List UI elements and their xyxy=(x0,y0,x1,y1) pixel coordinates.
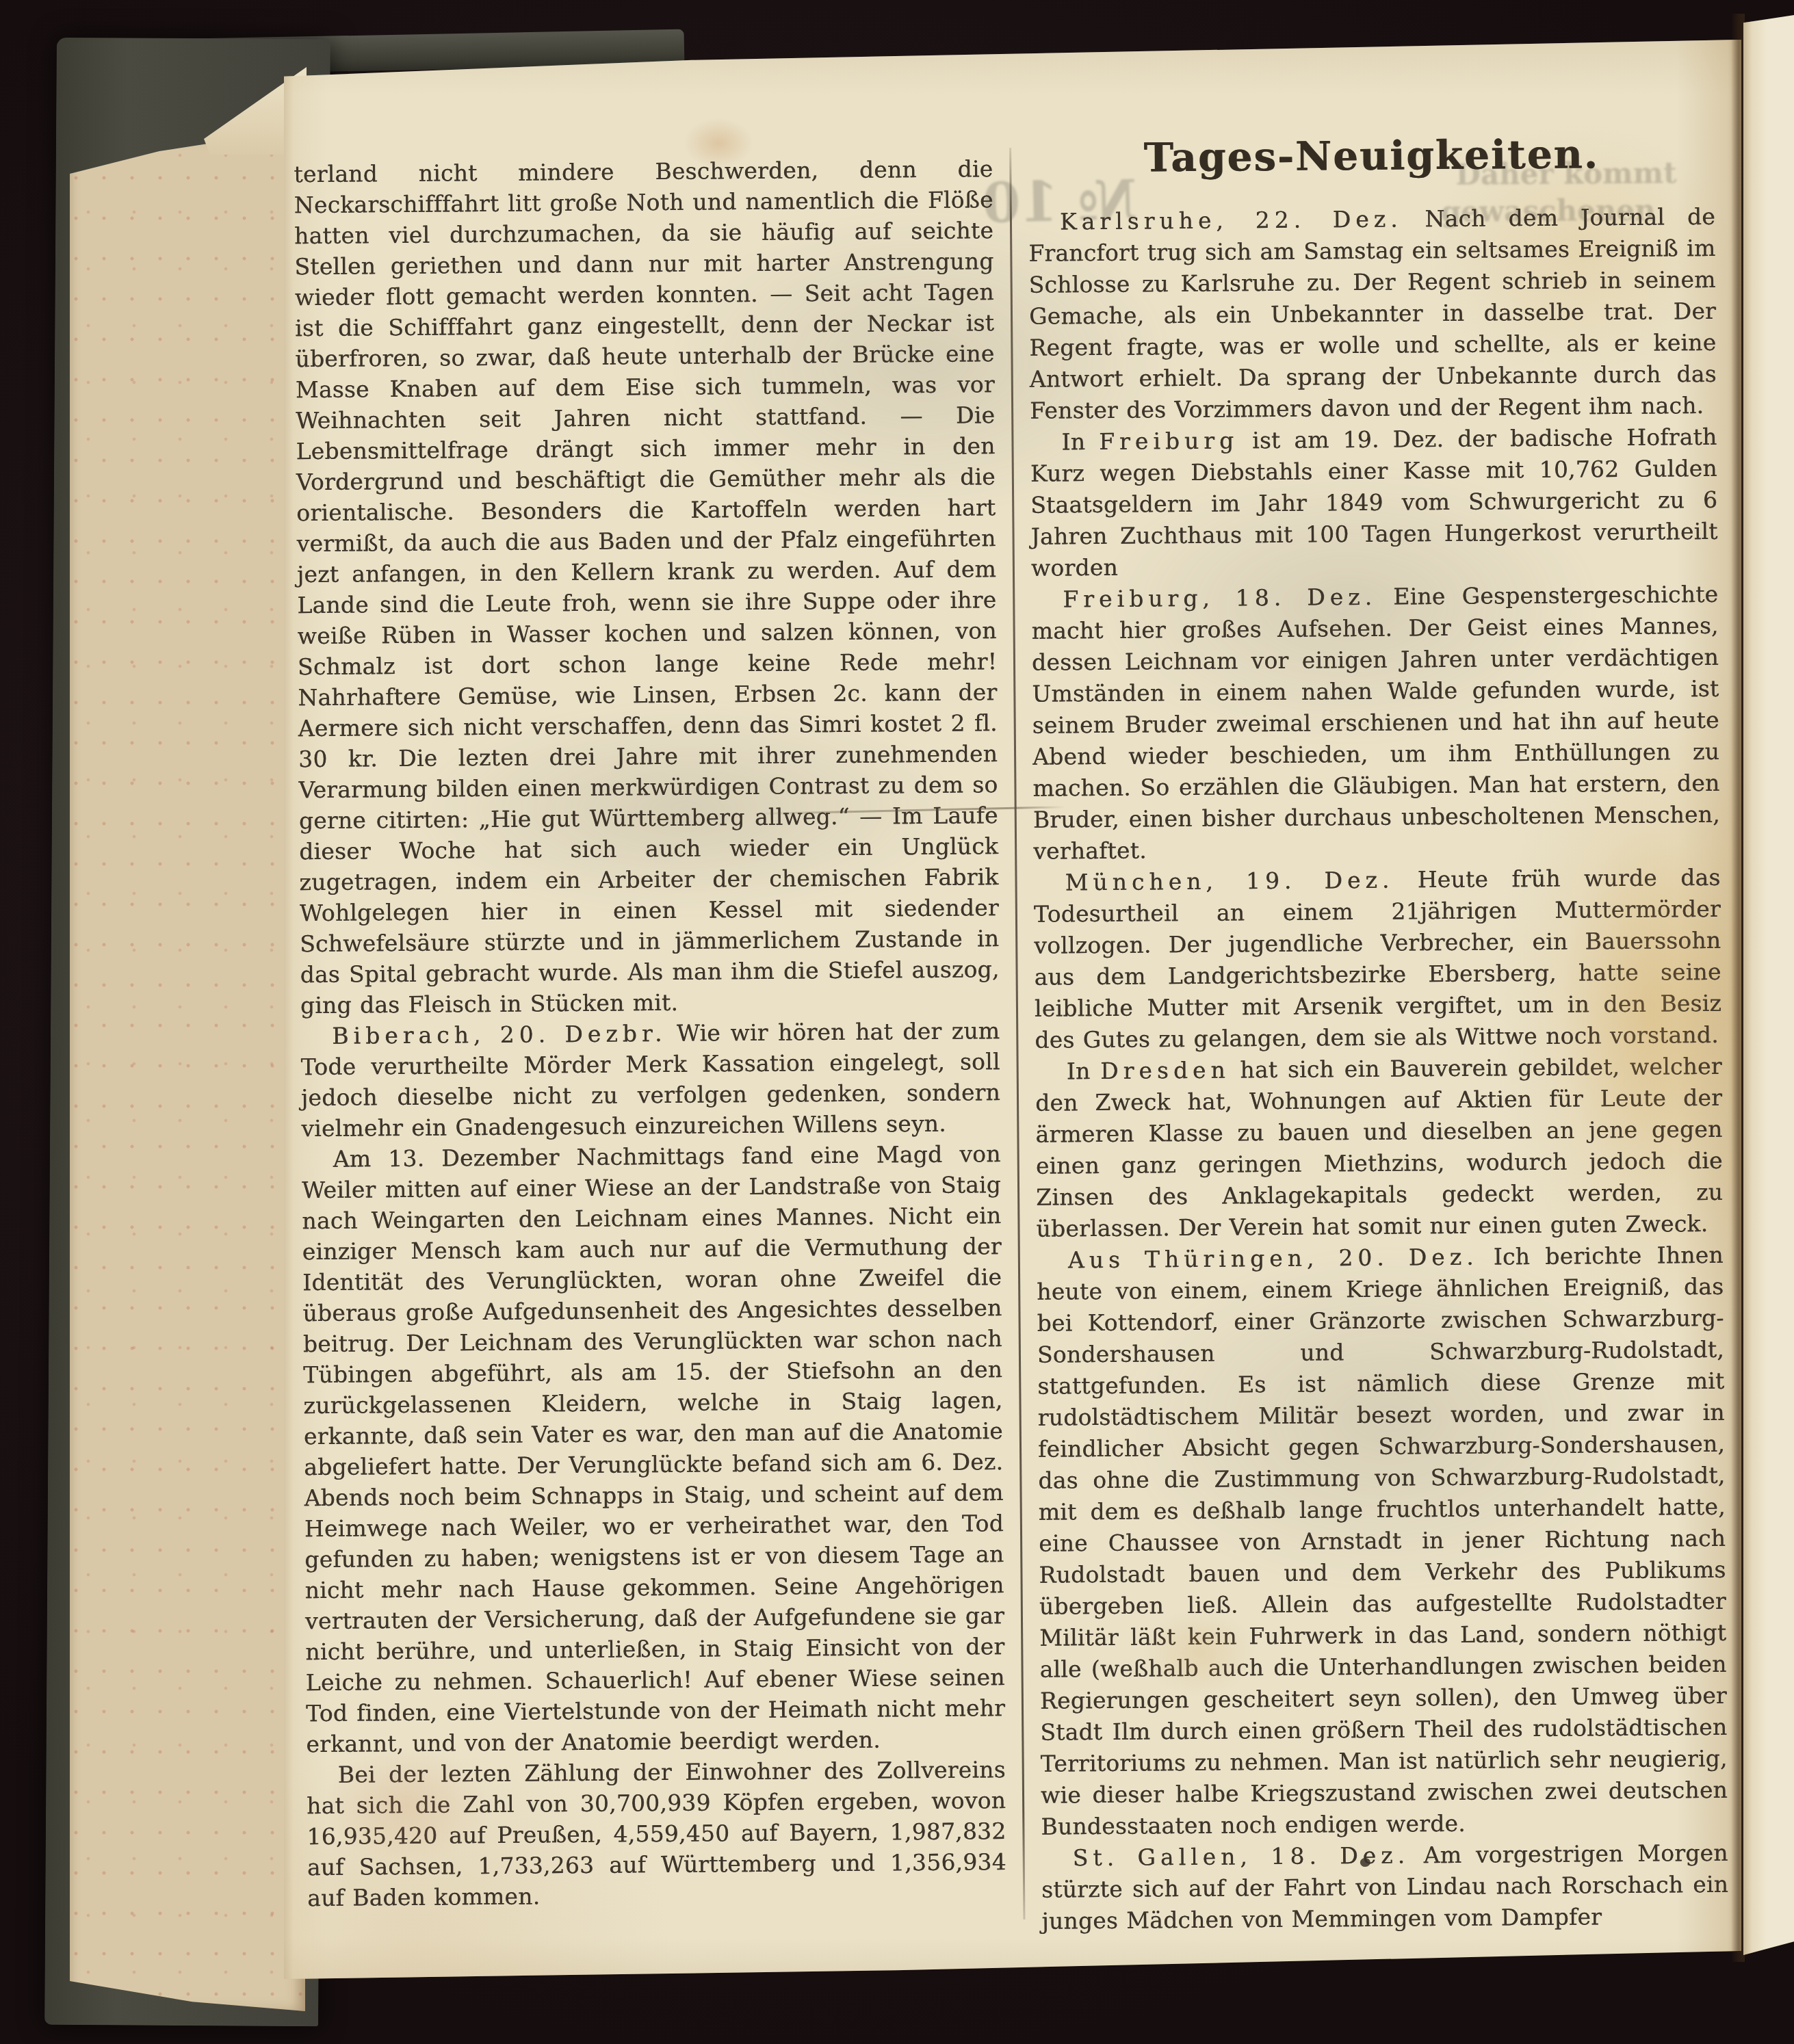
section-title: Tages-Neuigkeiten. xyxy=(1028,129,1715,183)
article-intro: In xyxy=(1067,1058,1091,1084)
paper-stain xyxy=(1137,1604,1261,1701)
article-intro: In xyxy=(1061,428,1085,455)
ink-blot xyxy=(1360,1858,1370,1867)
article-body: Ich berichte Ihnen heute von einem, eine… xyxy=(1037,1242,1728,1840)
page-stack-edges xyxy=(70,129,305,2011)
paper-stain xyxy=(681,116,757,171)
scanned-book-photo: № 10 Daher kommt gewaschenen terland nic… xyxy=(0,0,1794,2044)
article-body: Eine Gespenstergeschichte macht hier gro… xyxy=(1032,581,1720,865)
article-body: terland nicht mindere Beschwerden, denn … xyxy=(294,155,999,1019)
article-paragraph: terland nicht mindere Beschwerden, denn … xyxy=(294,153,1000,1021)
next-page-edge xyxy=(1743,15,1794,1955)
article-paragraph: St. Gallen, 18. Dez. Am vorgestrigen Mor… xyxy=(1041,1837,1729,1937)
article-paragraph: In Freiburg ist am 19. Dez. der badische… xyxy=(1030,421,1718,584)
article-paragraph: Am 13. Dezember Nachmittags fand eine Ma… xyxy=(302,1138,1006,1759)
article-paragraph: Biberach, 20. Dezbr. Wie wir hören hat d… xyxy=(300,1015,1000,1144)
article-body: Nach dem Journal de Francfort trug sich … xyxy=(1028,203,1717,424)
left-column: terland nicht mindere Beschwerden, denn … xyxy=(294,153,1006,1913)
article-dateline: Biberach, 20. Dezbr. xyxy=(332,1020,666,1049)
article-paragraph: Karlsruhe, 22. Dez. Nach dem Journal de … xyxy=(1028,201,1717,427)
article-dateline: Freiburg xyxy=(1099,427,1238,455)
page-edge-speckles xyxy=(70,129,305,2011)
article-dateline: Dresden xyxy=(1100,1057,1230,1084)
article-dateline: Freiburg, 18. Dez. xyxy=(1063,584,1377,613)
page-content-area: № 10 Daher kommt gewaschenen terland nic… xyxy=(276,34,1749,1985)
article-dateline: München, 19. Dez. xyxy=(1065,867,1394,896)
newspaper-page: № 10 Daher kommt gewaschenen terland nic… xyxy=(284,40,1741,1979)
article-paragraph: Freiburg, 18. Dez. Eine Gespenstergeschi… xyxy=(1031,579,1720,867)
binding-gutter-shadow xyxy=(1731,14,1745,1962)
article-dateline: St. Gallen, 18. Dez. xyxy=(1073,1842,1410,1871)
article-dateline: Karlsruhe, 22. Dez. xyxy=(1060,205,1403,235)
article-paragraph: Aus Thüringen, 20. Dez. Ich berichte Ihn… xyxy=(1037,1240,1728,1843)
article-dateline: Aus Thüringen, 20. Dez. xyxy=(1068,1244,1479,1274)
article-body: Am 13. Dezember Nachmittags fand eine Ma… xyxy=(302,1140,1005,1757)
